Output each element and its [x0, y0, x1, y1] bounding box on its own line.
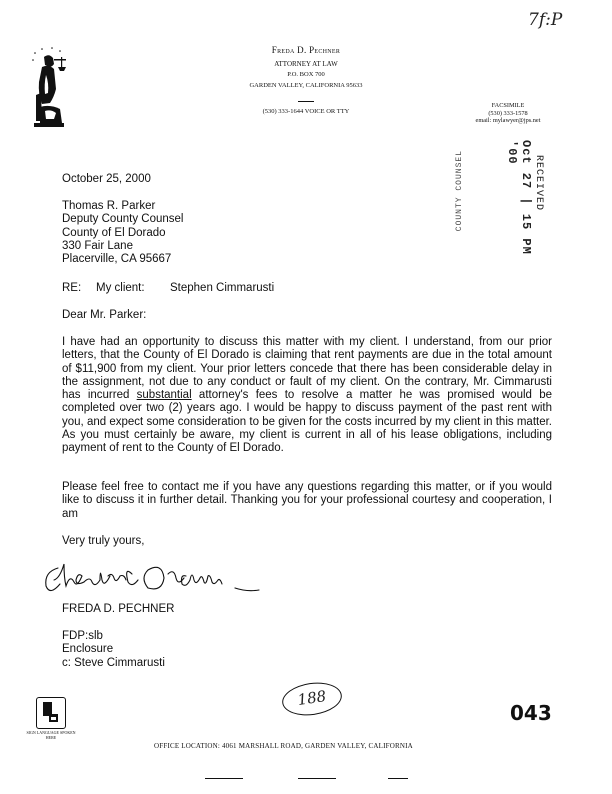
received-stamp: COUNTY COUNSEL Oct 27 | 15 PM '00 RECEIV…	[455, 140, 565, 260]
recipient-city: Placerville, CA 95667	[62, 253, 183, 266]
letterhead-po-box: P.O. Box 700	[0, 71, 612, 78]
sign-language-caption: Sign Language Spoken Here	[25, 731, 77, 740]
circled-number: 188	[281, 680, 342, 716]
fax-block: FACSIMILE (530) 333-1578 email: mylawyer…	[448, 102, 568, 125]
page-number: 043	[510, 701, 552, 725]
paragraph-1-underlined: substantial	[137, 389, 192, 401]
re-subject-value: Stephen Cimmarusti	[170, 282, 274, 295]
handwritten-signature-icon	[40, 560, 300, 602]
stamp-date: Oct 27 | 15 PM '00	[505, 140, 533, 260]
letterhead-title: Attorney at Law	[0, 60, 612, 68]
fax-number: (530) 333-1578	[448, 110, 568, 118]
handwritten-note: 7f:P	[528, 10, 562, 30]
letterhead-city: Garden Valley, California 95633	[0, 82, 612, 89]
footer-dash	[298, 778, 336, 779]
re-subject-label: My client:	[96, 282, 145, 295]
footer-dash	[388, 778, 408, 779]
letterhead-divider	[298, 101, 314, 102]
re-line: RE: My client: Stephen Cimmarusti	[62, 282, 81, 295]
stamp-county-counsel: COUNTY COUNSEL	[455, 150, 464, 231]
typist-initials: FDP:slb	[62, 630, 165, 643]
footer-dash	[205, 778, 243, 779]
salutation: Dear Mr. Parker:	[62, 309, 146, 322]
recipient-street: 330 Fair Lane	[62, 240, 183, 253]
signer-name: FREDA D. PECHNER	[62, 603, 174, 616]
paragraph-1: I have had an opportunity to discuss thi…	[62, 336, 552, 456]
circled-annotation: 188	[280, 679, 344, 719]
letter-notations: FDP:slb Enclosure c: Steve Cimmarusti	[62, 630, 165, 670]
recipient-address: Thomas R. Parker Deputy County Counsel C…	[62, 200, 183, 266]
re-label: RE:	[62, 282, 81, 294]
letter-date: October 25, 2000	[62, 173, 151, 186]
cc-note: c: Steve Cimmarusti	[62, 657, 165, 670]
recipient-organization: County of El Dorado	[62, 227, 183, 240]
stamp-received: RECEIVED	[533, 155, 544, 211]
sign-language-logo	[36, 697, 66, 729]
fax-label: FACSIMILE	[448, 102, 568, 110]
recipient-title: Deputy County Counsel	[62, 213, 183, 226]
letterhead-name: Freda D. Pechner	[0, 45, 612, 55]
closing: Very truly yours,	[62, 535, 144, 548]
signature	[40, 560, 300, 602]
paragraph-2: Please feel free to contact me if you ha…	[62, 481, 552, 521]
email-address: email: mylawyer@jps.net	[448, 117, 568, 125]
recipient-name: Thomas R. Parker	[62, 200, 183, 213]
office-location: Office Location: 4061 Marshall Road, Gar…	[154, 742, 413, 750]
enclosure-note: Enclosure	[62, 643, 165, 656]
sign-language-hand-icon	[37, 698, 65, 728]
